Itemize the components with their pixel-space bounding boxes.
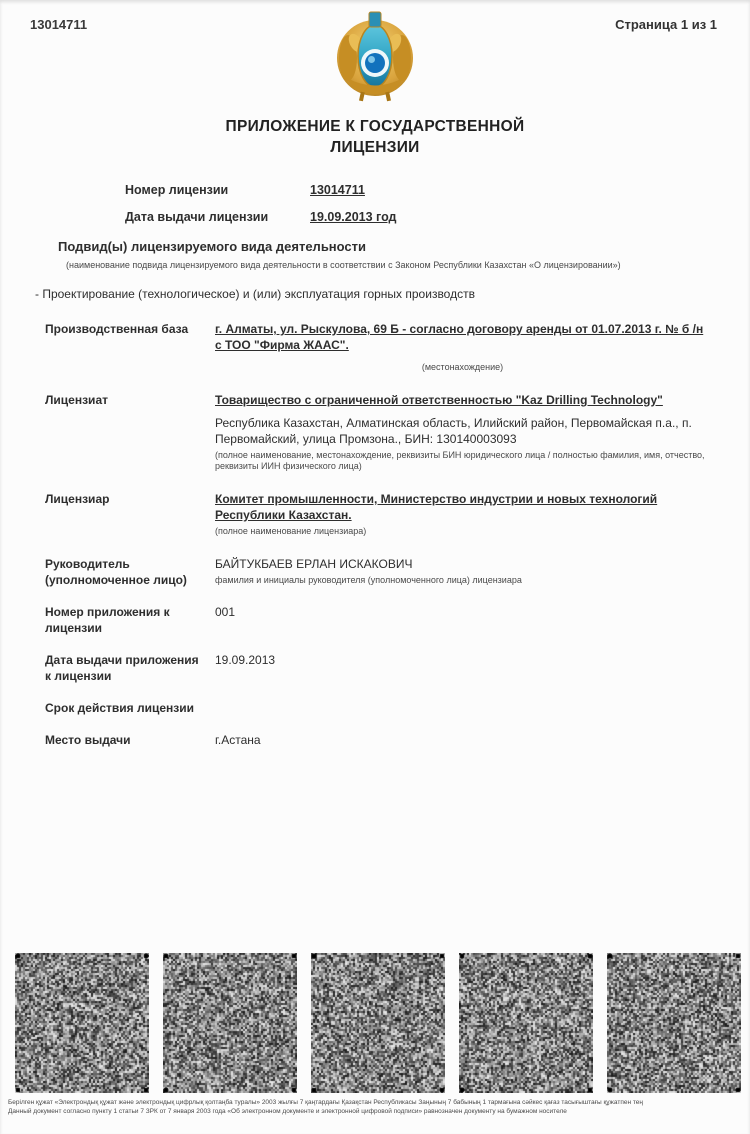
- appendix-date-value: 19.09.2013: [215, 652, 710, 684]
- issue-place-value: г.Астана: [215, 732, 710, 748]
- head-value: БАЙТУКБАЕВ ЕРЛАН ИСКАКОВИЧ: [215, 556, 710, 572]
- head-note: фамилия и инициалы руководителя (уполном…: [215, 575, 710, 586]
- field-label: Руководитель (уполномоченное лицо): [45, 556, 215, 588]
- page-title-line2: ЛИЦЕНЗИИ: [0, 137, 750, 158]
- licensee-address-value: Республика Казахстан, Алматинская област…: [215, 415, 710, 447]
- field-label: Лицензиат: [45, 392, 215, 472]
- field-label: Дата выдачи приложения к лицензии: [45, 652, 215, 684]
- production-base-note: (местонахождение): [215, 362, 710, 373]
- license-number-row: Номер лицензии 13014711: [0, 183, 750, 197]
- field-value-group: г. Алматы, ул. Рыскулова, 69 Б - согласн…: [215, 321, 710, 373]
- licensee-name-value: Товарищество с ограниченной ответственно…: [215, 392, 710, 408]
- license-document-page: 13014711 Страница 1 из 1: [0, 0, 750, 1134]
- signature-stamp-block: [163, 953, 297, 1093]
- field-row-validity: Срок действия лицензии: [45, 700, 710, 716]
- field-value-group: БАЙТУКБАЕВ ЕРЛАН ИСКАКОВИЧ фамилия и ини…: [215, 556, 710, 588]
- fields-section: Производственная база г. Алматы, ул. Рыс…: [0, 321, 750, 748]
- license-date-label: Дата выдачи лицензии: [125, 210, 310, 224]
- kazakhstan-coat-of-arms-icon: [327, 9, 423, 103]
- license-number-value: 13014711: [310, 183, 365, 197]
- field-row-issue-place: Место выдачи г.Астана: [45, 732, 710, 748]
- field-label: Место выдачи: [45, 732, 215, 748]
- field-label: Лицензиар: [45, 491, 215, 537]
- license-date-value: 19.09.2013 год: [310, 210, 396, 224]
- field-label: Производственная база: [45, 321, 215, 373]
- licensor-value: Комитет промышленности, Министерство инд…: [215, 491, 710, 523]
- page-title: ПРИЛОЖЕНИЕ К ГОСУДАРСТВЕННОЙ ЛИЦЕНЗИИ: [0, 116, 750, 158]
- field-row-licensor: Лицензиар Комитет промышленности, Минист…: [45, 491, 710, 537]
- signature-stamp-block: [311, 953, 445, 1093]
- document-footer: Берілген құжат «Электрондық құжат және э…: [8, 1099, 742, 1116]
- field-row-appendix-date: Дата выдачи приложения к лицензии 19.09.…: [45, 652, 710, 684]
- activity-subtype-heading: Подвид(ы) лицензируемого вида деятельнос…: [58, 239, 720, 254]
- license-summary-block: Номер лицензии 13014711 Дата выдачи лице…: [0, 183, 750, 224]
- field-value-group: Товарищество с ограниченной ответственно…: [215, 392, 710, 472]
- document-number: 13014711: [30, 17, 87, 32]
- production-base-value: г. Алматы, ул. Рыскулова, 69 Б - согласн…: [215, 321, 710, 353]
- license-date-row: Дата выдачи лицензии 19.09.2013 год: [0, 210, 750, 224]
- page-title-line1: ПРИЛОЖЕНИЕ К ГОСУДАРСТВЕННОЙ: [0, 116, 750, 137]
- activity-subtype-note: (наименование подвида лицензируемого вид…: [58, 260, 720, 270]
- footer-line-kazakh: Берілген құжат «Электрондық құжат және э…: [8, 1099, 742, 1108]
- field-row-appendix-number: Номер приложения к лицензии 001: [45, 604, 710, 636]
- appendix-number-value: 001: [215, 604, 710, 636]
- activity-subtype-item: - Проектирование (технологическое) и (ил…: [0, 287, 750, 301]
- signature-stamp-block: [15, 953, 149, 1093]
- field-row-production-base: Производственная база г. Алматы, ул. Рыс…: [45, 321, 710, 373]
- validity-value: [215, 700, 710, 716]
- license-number-label: Номер лицензии: [125, 183, 310, 197]
- signature-stamp-block: [459, 953, 593, 1093]
- field-row-head: Руководитель (уполномоченное лицо) БАЙТУ…: [45, 556, 710, 588]
- page-indicator: Страница 1 из 1: [615, 17, 717, 32]
- field-label: Номер приложения к лицензии: [45, 604, 215, 636]
- activity-subtype-section: Подвид(ы) лицензируемого вида деятельнос…: [0, 239, 750, 270]
- licensee-note: (полное наименование, местонахождение, р…: [215, 450, 710, 472]
- footer-line-russian: Данный документ согласно пункту 1 статьи…: [8, 1108, 742, 1117]
- stamps-row: [15, 953, 735, 1093]
- field-label: Срок действия лицензии: [45, 700, 215, 716]
- field-value-group: Комитет промышленности, Министерство инд…: [215, 491, 710, 537]
- licensor-note: (полное наименование лицензиара): [215, 526, 710, 537]
- field-row-licensee: Лицензиат Товарищество с ограниченной от…: [45, 392, 710, 472]
- signature-stamp-block: [607, 953, 741, 1093]
